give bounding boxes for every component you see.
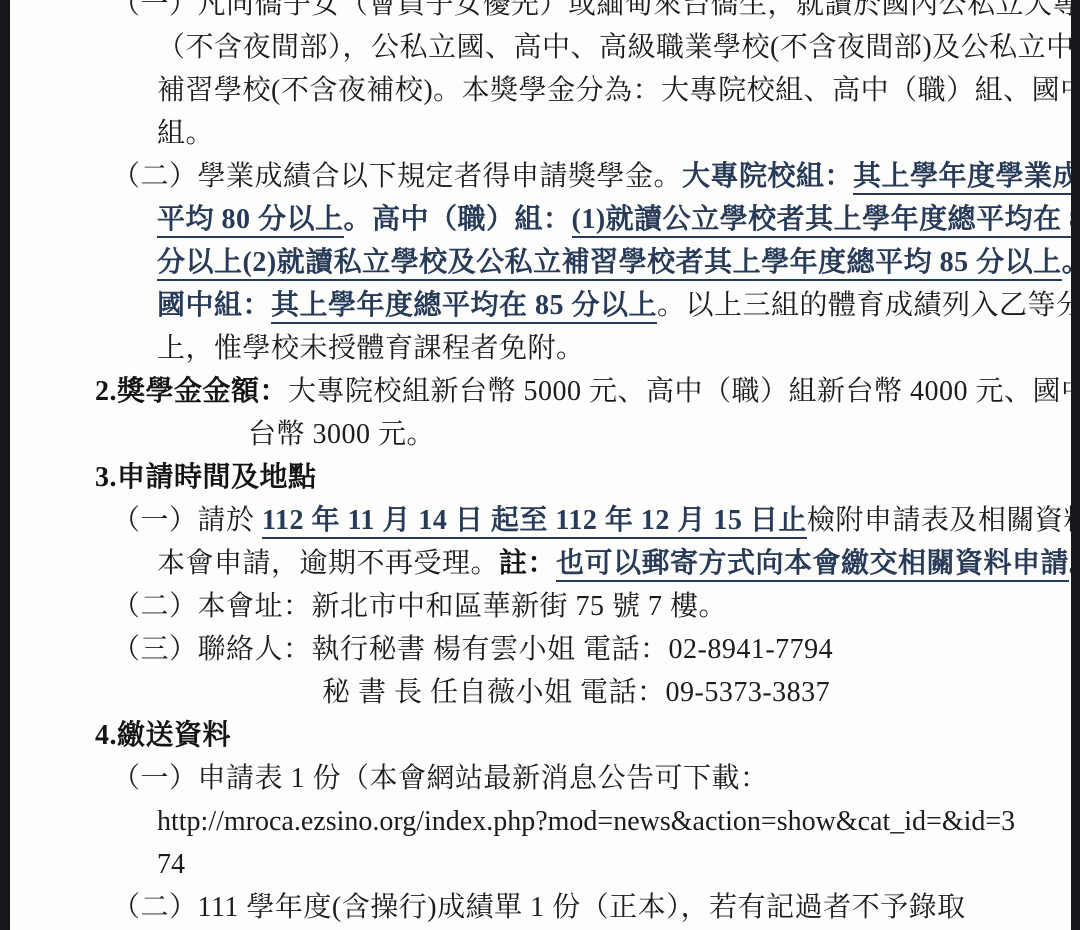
eligibility-item-1-line-3: 補習學校(不含夜補校)。本獎學金分為：大專院校組、高中（職）組、國中 [10, 69, 1071, 112]
section-3-item-1-line-2: 本會申請，逾期不再受理。註：也可以郵寄方式向本會繳交相關資料申請。 [10, 542, 1071, 585]
text-segment: 檢附申請表及相關資料向 [807, 505, 1071, 536]
text-segment: 4.繳送資料 [95, 720, 231, 751]
text-segment: （二）111 學年度(含操行)成績單 1 份（正本），若有記過者不予錄取 [112, 892, 966, 923]
text-segment: 補習學校(不含夜補校)。本獎學金分為：大專院校組、高中（職）組、國中 [157, 75, 1071, 106]
text-segment: （二）本會址：新北市中和區華新街 75 號 7 樓。 [112, 591, 727, 622]
text-segment: 。 [1069, 548, 1071, 579]
section-3-item-3-contact-1: （三）聯絡人：執行秘書 楊有雲小姐 電話：02-8941-7794 [10, 628, 1071, 671]
section-3-item-1-line-1: （一）請於 112 年 11 月 14 日 起至 112 年 12 月 15 日… [10, 499, 1071, 542]
text-segment: 大專院校組新台幣 5000 元、高中（職）組新台幣 4000 元、國中組新 [288, 376, 1071, 407]
text-segment: 秘 書 長 任自薇小姐 電話：09-5373-3837 [322, 677, 830, 708]
url-text: http://mroca.ezsino.org/index.php?mod=ne… [157, 806, 1015, 837]
text-segment: 組。 [157, 118, 214, 149]
text-segment: 大專院校組： [682, 161, 853, 192]
text-segment: 也可以郵寄方式向本會繳交相關資料申請 [556, 548, 1069, 582]
section-3-item-2-address: （二）本會址：新北市中和區華新街 75 號 7 樓。 [10, 585, 1071, 628]
section-4-heading: 4.繳送資料 [10, 714, 1071, 757]
text-segment: 。 [1062, 247, 1071, 278]
text-segment: 上，惟學校未授體育課程者免附。 [157, 333, 585, 364]
section-4-item-1-url-line-2: 74 [10, 843, 1071, 886]
text-segment: 。高中（職）組： [344, 204, 572, 235]
text-segment: 其上學年度總平均在 85 分以上 [271, 290, 657, 324]
eligibility-item-1-line-2: （不含夜間部），公私立國、高中、高級職業學校(不含夜間部)及公私立中等 [10, 26, 1071, 69]
text-segment: （二）學業成績合以下規定者得申請獎學金。 [112, 161, 682, 192]
section-3-heading: 3.申請時間及地點 [10, 456, 1071, 499]
section-2-amount-line-2: 台幣 3000 元。 [10, 413, 1071, 456]
eligibility-item-2-line-5: 上，惟學校未授體育課程者免附。 [10, 327, 1071, 370]
text-segment: 國中組： [157, 290, 271, 321]
text-segment: 3.申請時間及地點 [95, 462, 317, 493]
text-segment: 2.獎學金金額： [95, 376, 288, 407]
text-segment: （一）請於 [112, 505, 262, 536]
document-content: （一）凡同僑子女（會員子女優先）或緬甸來台僑生，就讀於國內公私立大專院校（不含夜… [10, 0, 1071, 929]
section-2-amount-line-1: 2.獎學金金額：大專院校組新台幣 5000 元、高中（職）組新台幣 4000 元… [10, 370, 1071, 413]
text-segment: 其上學年度學業成績總 [853, 161, 1071, 195]
eligibility-item-2-line-1: （二）學業成績合以下規定者得申請獎學金。大專院校組：其上學年度學業成績總 [10, 155, 1071, 198]
document-page: （一）凡同僑子女（會員子女優先）或緬甸來台僑生，就讀於國內公私立大專院校（不含夜… [10, 0, 1071, 930]
section-3-item-3-contact-2: 秘 書 長 任自薇小姐 電話：09-5373-3837 [10, 671, 1071, 714]
section-4-item-2: （二）111 學年度(含操行)成績單 1 份（正本），若有記過者不予錄取 [10, 886, 1071, 929]
text-segment: （三）聯絡人：執行秘書 楊有雲小姐 電話：02-8941-7794 [112, 634, 833, 665]
eligibility-item-2-line-4: 國中組：其上學年度總平均在 85 分以上。以上三組的體育成績列入乙等分以 [10, 284, 1071, 327]
text-segment: 本會申請，逾期不再受理。 [157, 548, 499, 579]
url-text: 74 [157, 849, 185, 880]
text-segment: 112 年 11 月 14 日 起至 112 年 12 月 15 日止 [262, 505, 807, 539]
text-segment: （一）申請表 1 份（本會網站最新消息公告可下載： [112, 763, 769, 794]
text-segment: 分以上(2)就讀私立學校及公私立補習學校者其上學年度總平均 85 分以上 [157, 247, 1062, 281]
text-segment: 台幣 3000 元。 [248, 419, 435, 450]
text-segment: （不含夜間部），公私立國、高中、高級職業學校(不含夜間部)及公私立中等 [157, 32, 1071, 63]
text-segment: 平均 80 分以上 [157, 204, 344, 238]
photo-frame: （一）凡同僑子女（會員子女優先）或緬甸來台僑生，就讀於國內公私立大專院校（不含夜… [0, 0, 1080, 930]
text-segment: 註： [499, 548, 556, 579]
section-4-item-1-line-1: （一）申請表 1 份（本會網站最新消息公告可下載： [10, 757, 1071, 800]
text-segment: (1)就讀公立學校者其上學年度總平均在 80 [572, 204, 1071, 238]
section-4-item-1-url-line-1: http://mroca.ezsino.org/index.php?mod=ne… [10, 800, 1071, 843]
eligibility-item-2-line-2: 平均 80 分以上。高中（職）組：(1)就讀公立學校者其上學年度總平均在 80 [10, 198, 1071, 241]
eligibility-item-2-line-3: 分以上(2)就讀私立學校及公私立補習學校者其上學年度總平均 85 分以上。 [10, 241, 1071, 284]
text-segment: （一）凡同僑子女（會員子女優先）或緬甸來台僑生，就讀於國內公私立大專院校 [112, 0, 1071, 20]
text-segment: 。以上三組的體育成績列入乙等分以 [657, 290, 1071, 321]
eligibility-item-1-line-1: （一）凡同僑子女（會員子女優先）或緬甸來台僑生，就讀於國內公私立大專院校 [10, 0, 1071, 26]
eligibility-item-1-line-4: 組。 [10, 112, 1071, 155]
